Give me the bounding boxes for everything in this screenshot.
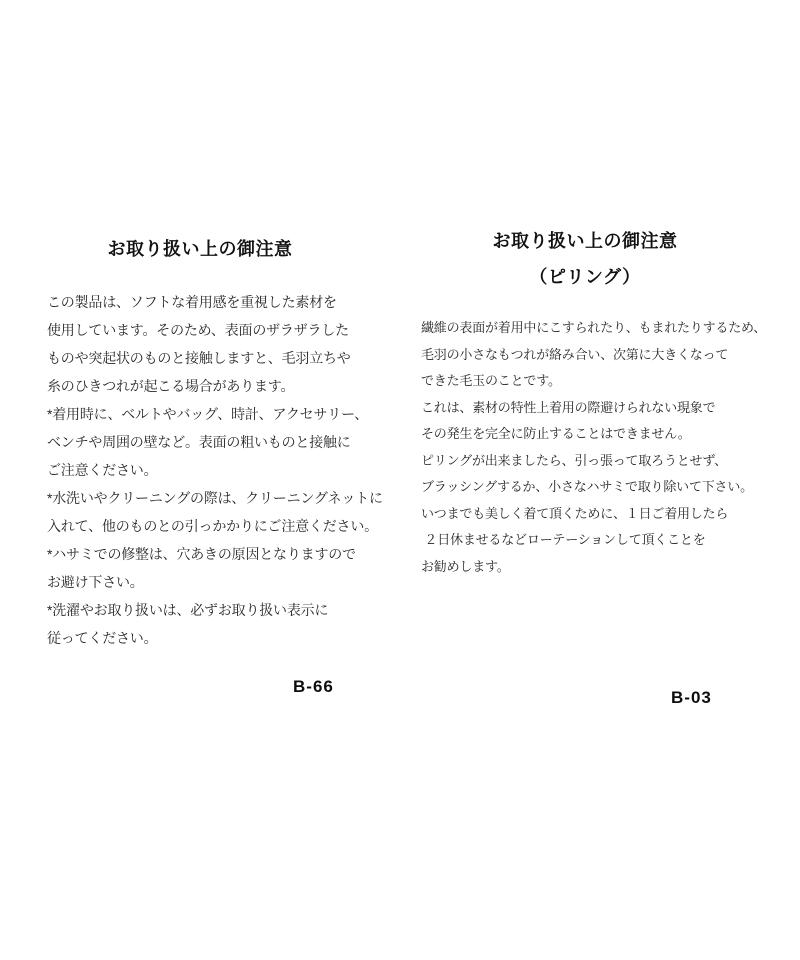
left-notice-title: お取り扱い上の御注意: [45, 235, 355, 261]
care-instructions-document: お取り扱い上の御注意 この製品は、ソフトな着用感を重視した素材を 使用しています…: [0, 0, 800, 960]
right-notice-subtitle: （ピリング）: [420, 259, 750, 295]
left-notice-code: B-66: [293, 677, 334, 697]
right-notice-body: 繊維の表面が着用中にこすられたり、もまれたりするため、 毛羽の小さなもつれが絡み…: [421, 315, 793, 580]
right-notice-code: B-03: [671, 688, 712, 708]
right-notice-title: お取り扱い上の御注意: [420, 223, 750, 259]
right-notice-header: お取り扱い上の御注意 （ピリング）: [420, 223, 750, 295]
left-notice-body: この製品は、ソフトな着用感を重視した素材を 使用しています。そのため、表面のザラ…: [47, 288, 399, 652]
